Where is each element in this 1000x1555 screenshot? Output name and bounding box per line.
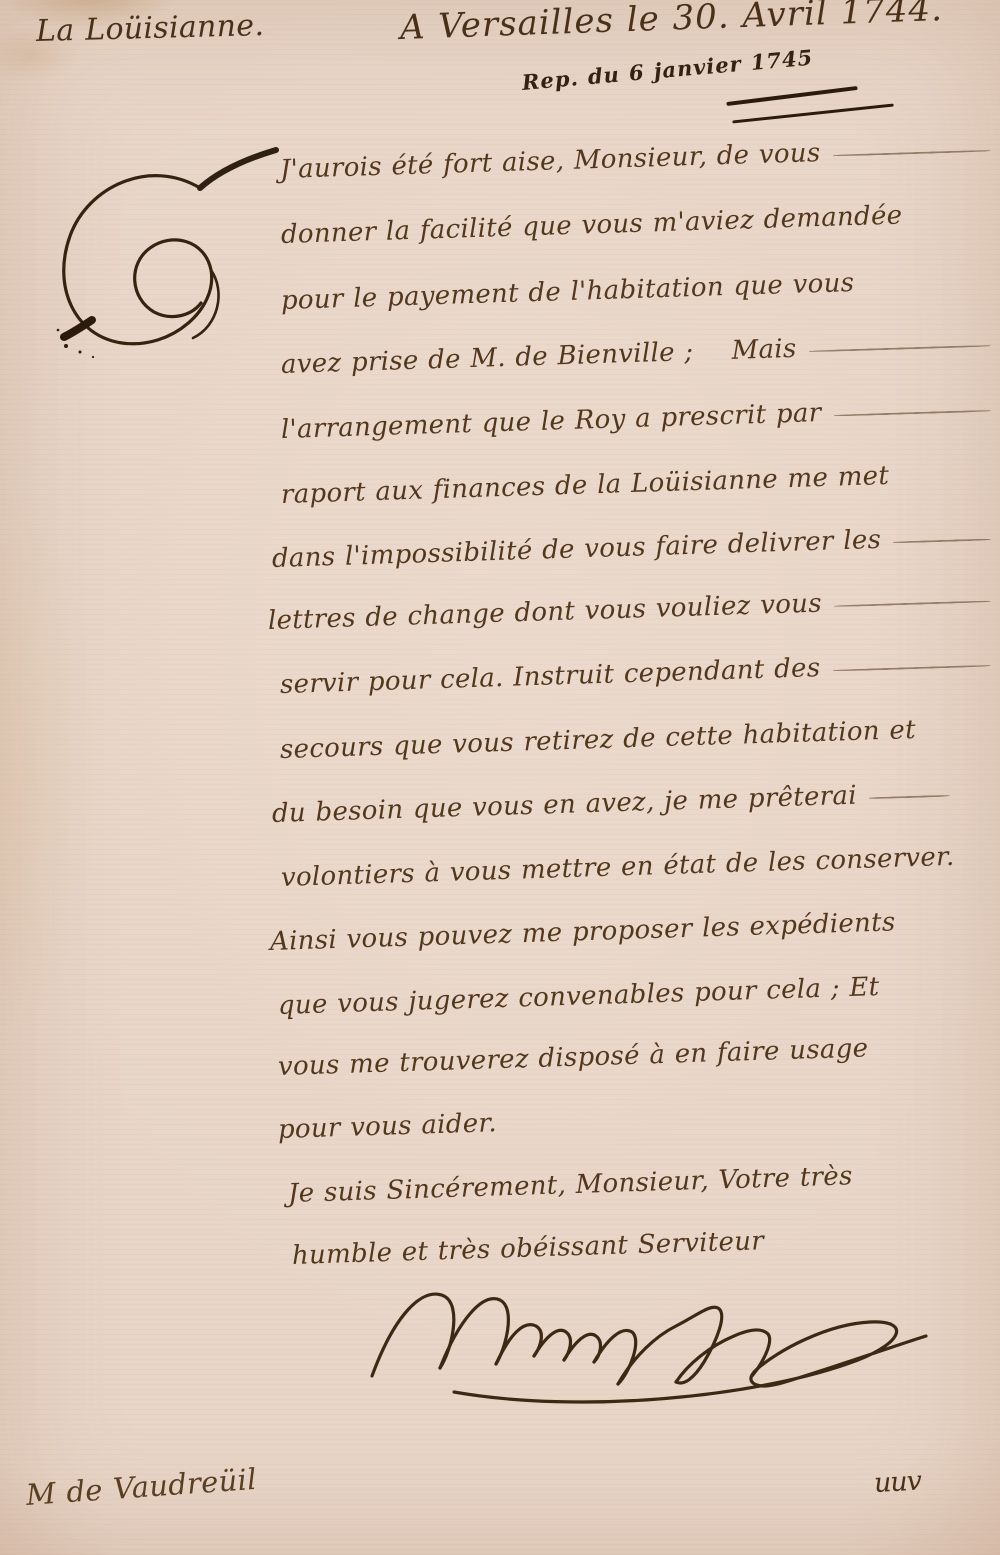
body-line-text: avez prise de M. de Bienville ; Mais [280, 329, 797, 385]
body-line: secours que vous retirez de cette habita… [279, 708, 980, 770]
body-line: volontiers à vous mettre en état de les … [280, 836, 993, 898]
body-line-text: Ainsi vous pouvez me proposer les expédi… [269, 902, 896, 962]
body-line-text: dans l'impossibilité de vous faire deliv… [271, 520, 881, 579]
body-line-text: volontiers à vous mettre en état de les … [280, 837, 955, 898]
body-line-text: J'aurois été fort aise, Monsieur, de vou… [279, 133, 821, 190]
ink-filler-stroke [893, 538, 991, 543]
body-line-text: Je suis Sincérement, Monsieur, Votre trè… [287, 1156, 853, 1214]
opening-paraph-flourish [30, 140, 290, 370]
docket-title: La Loüisianne. [36, 8, 265, 49]
annotation-strikethrough [726, 86, 858, 106]
ink-filler-stroke [833, 410, 990, 417]
ink-filler-stroke [834, 600, 991, 607]
ink-filler-stroke [833, 150, 991, 157]
body-line-text: que vous jugerez convenables pour cela ;… [277, 967, 880, 1026]
body-line: l'arrangement que le Roy a prescrit par [280, 388, 993, 450]
body-line: raport aux finances de la Loüisianne me … [280, 453, 971, 515]
archival-mark: uuv [873, 1466, 922, 1499]
body-line: pour le payement de l'habitation que vou… [280, 261, 921, 321]
body-line: Ainsi vous pouvez me proposer les expédi… [269, 900, 982, 962]
body-line-text: vous me trouverez disposé à en faire usa… [277, 1028, 869, 1087]
reply-annotation: Rep. du 6 janvier 1745 [521, 45, 814, 95]
body-line: du besoin que vous en avez, je me prêter… [271, 773, 952, 834]
body-line: avez prise de M. de Bienville ; Mais [280, 323, 993, 385]
body-line-text: pour le payement de l'habitation que vou… [280, 263, 855, 321]
body-line: lettres de change dont vous vouliez vous [267, 578, 993, 641]
body-line-text: servir pour cela. Instruit cependant des [279, 648, 821, 705]
body-line: que vous jugerez convenables pour cela ;… [277, 964, 990, 1026]
body-line: donner la facilité que vous m'aviez dema… [280, 193, 986, 255]
body-line-text: l'arrangement que le Roy a prescrit par [280, 393, 822, 450]
ink-filler-stroke [869, 795, 950, 800]
dateline: A Versailles le 30. Avril 1744. [399, 0, 943, 48]
body-line-text: secours que vous retirez de cette habita… [279, 710, 916, 770]
annotation-underline [732, 104, 893, 123]
body-line-text: lettres de change dont vous vouliez vous [267, 584, 822, 641]
maurepas-signature: Maurepas [358, 1272, 938, 1412]
body-line: Je suis Sincérement, Monsieur, Votre trè… [287, 1152, 978, 1214]
body-line-text: du besoin que vous en avez, je me prêter… [271, 776, 857, 834]
body-line-text: donner la facilité que vous m'aviez dema… [280, 195, 903, 255]
body-line-text: humble et très obéissant Serviteur [291, 1221, 764, 1276]
body-line: servir pour cela. Instruit cependant des [279, 643, 993, 705]
body-line: humble et très obéissant Serviteur [291, 1219, 822, 1276]
addressee-note: M de Vaudreüil [25, 1462, 258, 1512]
body-line-text: pour vous aider. [277, 1103, 497, 1150]
body-line-text: raport aux finances de la Loüisianne me … [280, 456, 889, 515]
ink-filler-stroke [809, 345, 991, 353]
body-line: dans l'impossibilité de vous faire deliv… [271, 516, 993, 579]
ink-filler-stroke [832, 665, 990, 672]
body-line: pour vous aider. [277, 1097, 698, 1150]
manuscript-letter-page: La Loüisianne. A Versailles le 30. Avril… [0, 0, 1000, 1555]
body-line: J'aurois été fort aise, Monsieur, de vou… [279, 128, 993, 190]
body-line: vous me trouverez disposé à en faire usa… [277, 1025, 988, 1087]
